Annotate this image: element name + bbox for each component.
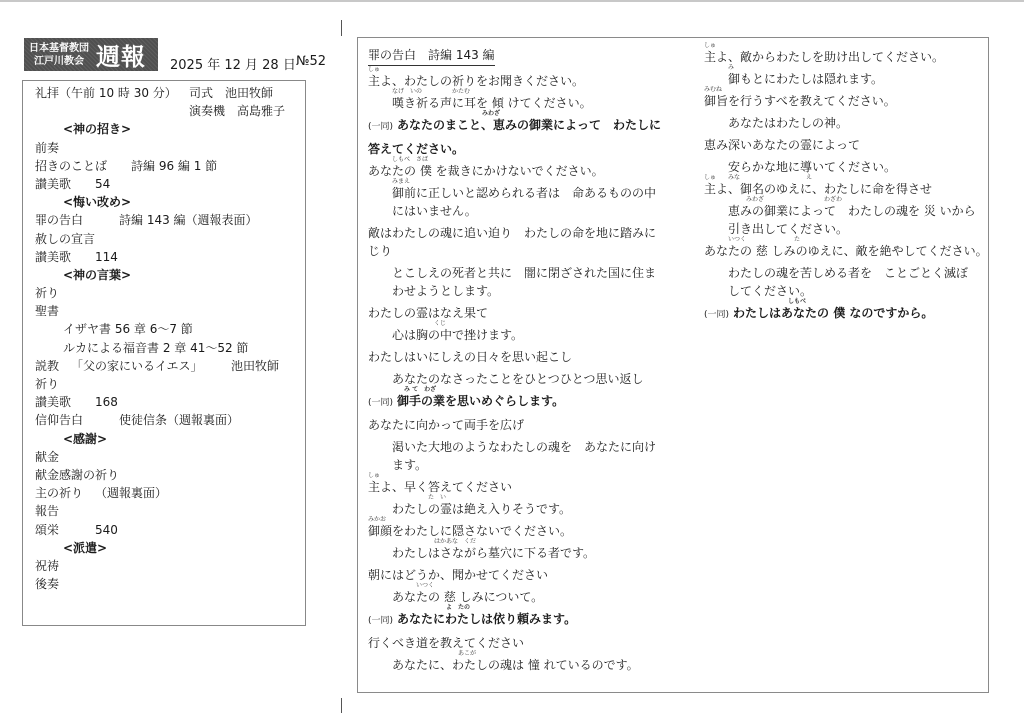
- order-section-heading: <神の招き>: [35, 120, 305, 138]
- order-item: 罪の告白詩編 143 編（週報表面）: [35, 211, 305, 229]
- order-item: 信仰告白使徒信条（週報裏面）: [35, 411, 305, 429]
- order-item-label: 献金: [35, 450, 59, 464]
- psalm-line-text: 主よ、敵からわたしを助け出してください。: [704, 50, 944, 64]
- response-marker: (一同): [704, 310, 729, 320]
- furigana: しもべ: [704, 298, 994, 306]
- psalm-line-text: 行くべき道を教えてください: [368, 636, 524, 650]
- furigana: [368, 342, 688, 350]
- psalm-line: み御もとにわたしは隠れます。: [704, 64, 994, 86]
- psalm-line-text: あなたに、わたしの魂は 憧 れているのです。: [392, 658, 639, 672]
- psalm-line-text: 御顔をわたしに隠さないでください。: [368, 524, 572, 538]
- order-item-label: イザヤ書 56 章 6～7 節: [63, 322, 193, 336]
- psalm-line: 渇いた大地のようなわたしの魂を あなたに向け: [368, 432, 688, 454]
- furigana: み: [728, 64, 994, 72]
- furigana: み て わざ: [368, 386, 688, 394]
- order-item-label: 祈り: [35, 286, 59, 300]
- center-fold-mark-top: [341, 20, 342, 36]
- order-item-detail: 「父の家にいるイエス」: [71, 357, 203, 375]
- psalm-line-text: あなたのまこと、恵みの御業によって わたしに: [397, 118, 661, 132]
- order-item-label: 招きのことば: [35, 159, 107, 173]
- psalm-line: わせようとします。: [368, 280, 688, 298]
- psalm-line-text: 答えてください。: [368, 142, 464, 156]
- order-item-label: 主の祈り: [35, 486, 83, 500]
- furigana: [704, 130, 994, 138]
- logo-title: 週報: [96, 37, 146, 72]
- psalm-line: 朝にはどうか、聞かせてください: [368, 560, 688, 582]
- psalm-line: はかあな くだわたしはさながら墓穴に下る者です。: [368, 538, 688, 560]
- center-fold-mark-bottom: [341, 698, 342, 713]
- order-item-label: 讃美歌: [35, 395, 71, 409]
- order-item: 主の祈り（週報裏面）: [35, 484, 305, 502]
- order-item: 報告: [35, 502, 305, 520]
- psalm-line: みまえ御前に正しいと認められる者は 命あるものの中: [368, 178, 688, 200]
- church-logo-banner: 日本基督教団 江戸川教会 週報: [24, 38, 158, 71]
- order-item-label: <派遣>: [63, 541, 107, 555]
- psalm-line-text: わたしの魂を苦しめる者を ことごとく滅ぼ: [728, 266, 968, 280]
- psalm-line: あなたはわたしの神。: [704, 108, 994, 130]
- psalm-line: わたしの魂を苦しめる者を ことごとく滅ぼ: [704, 258, 994, 280]
- furigana: くじ: [392, 320, 688, 328]
- furigana: [392, 432, 688, 440]
- order-item-detail: 114: [95, 248, 118, 266]
- order-item: 讃美歌168: [35, 393, 305, 411]
- order-item-label: 頌栄: [35, 523, 59, 537]
- order-item-detail: 使徒信条（週報裏面）: [119, 411, 239, 429]
- order-item: 赦しの宣言: [35, 230, 305, 248]
- psalm-line-text: 敵はわたしの魂に追い迫り わたしの命を地に踏みに: [368, 226, 656, 240]
- psalm-line-text: 朝にはどうか、聞かせてください: [368, 568, 548, 582]
- confession-column-right: しゅ主よ、敵からわたしを助け出してください。み御もとにわたしは隠れます。みむね御…: [704, 38, 994, 322]
- psalm-line-text: わたしの霊は絶え入りそうです。: [392, 502, 571, 516]
- order-item-label: 讃美歌: [35, 177, 71, 191]
- order-item-label: 祈り: [35, 377, 59, 391]
- organist-label: 演奏機 高島雅子: [189, 102, 285, 120]
- psalm-line-text: わせようとします。: [392, 284, 499, 298]
- order-item-label: 祝祷: [35, 559, 59, 573]
- furigana: [392, 258, 688, 266]
- psalm-line-text: わたしの霊はなえ果て: [368, 306, 488, 320]
- psalm-line-text: わたしはいにしえの日々を思い起こし: [368, 350, 572, 364]
- confession-lines-right: しゅ主よ、敵からわたしを助け出してください。み御もとにわたしは隠れます。みむね御…: [704, 42, 994, 322]
- psalm-line-text: 主よ、早く答えてください: [368, 480, 512, 494]
- presider-label: 司式 池田牧師: [189, 84, 273, 102]
- psalm-line: みわざ わざわ恵みの御業によって わたしの魂を 災 いから: [704, 196, 994, 218]
- furigana: はかあな くだ: [392, 538, 688, 546]
- psalm-line: みかお御顔をわたしに隠さないでください。: [368, 516, 688, 538]
- furigana: [368, 560, 688, 568]
- psalm-line: 恵み深いあなたの霊によって: [704, 130, 994, 152]
- order-item: 祈り: [35, 284, 305, 302]
- furigana: みむね: [704, 86, 994, 94]
- psalm-line-text: にはいません。: [392, 204, 477, 218]
- psalm-line: しゅ主よ、わたしの祈りをお聞きください。: [368, 66, 688, 88]
- psalm-line-text: わたしはあなたの 僕 なのですから。: [733, 306, 933, 320]
- furigana: なげ いの かたむ: [392, 88, 688, 96]
- psalm-line-text: 御手の業を思いめぐらします。: [397, 394, 564, 408]
- order-item-detail: 168: [95, 393, 118, 411]
- psalm-line: いつく たあなたの 慈 しみのゆえに、敵を絶やしてください。: [704, 236, 994, 258]
- psalm-line-text: 御前に正しいと認められる者は 命あるものの中: [392, 186, 656, 200]
- furigana: みまえ: [392, 178, 688, 186]
- psalm-line-text: してください。: [728, 284, 812, 298]
- congregation-response-line: み て わざ(一同)御手の業を思いめぐらします。: [368, 386, 688, 410]
- order-item: 聖書: [35, 302, 305, 320]
- furigana: [392, 364, 688, 372]
- response-marker: (一同): [368, 122, 393, 132]
- order-item-label: 赦しの宣言: [35, 232, 95, 246]
- order-item-detail: 540: [95, 521, 118, 539]
- psalm-line-text: 主よ、わたしの祈りをお聞きください。: [368, 74, 584, 88]
- furigana: しゅ みな え: [704, 174, 994, 182]
- furigana: しゅ: [704, 42, 994, 50]
- order-item-label: <神の招き>: [63, 122, 131, 136]
- psalm-line: わたしの霊はなえ果て: [368, 298, 688, 320]
- order-item: 献金感謝の祈り: [35, 466, 305, 484]
- order-section-heading: <感謝>: [35, 430, 305, 448]
- furigana: よ たの: [368, 604, 688, 612]
- order-item-label: 聖書: [35, 304, 59, 318]
- order-item-detail: 詩編 143 編（週報表面）: [119, 211, 258, 229]
- psalm-line: 答えてください。: [368, 134, 688, 156]
- psalm-line: あこがあなたに、わたしの魂は 憧 れているのです。: [368, 650, 688, 672]
- furigana: しゅ: [368, 66, 688, 74]
- psalm-line: にはいません。: [368, 200, 688, 218]
- psalm-line-text: あなたにわたしは依り頼みます。: [397, 612, 576, 626]
- order-item-label: <感謝>: [63, 432, 107, 446]
- confession-column-left: 罪の告白 詩編 143 編 しゅ主よ、わたしの祈りをお聞きください。なげ いの …: [368, 38, 688, 672]
- order-item-label: 罪の告白: [35, 213, 83, 227]
- issue-number: №52: [296, 54, 326, 69]
- worship-label: 礼拝（午前 10 時 30 分）: [35, 86, 177, 100]
- order-item-detail: （週報裏面）: [95, 484, 167, 502]
- order-item: イザヤ書 56 章 6～7 節: [35, 320, 305, 338]
- page-top-edge: [0, 0, 1024, 2]
- furigana: た い: [392, 494, 688, 502]
- furigana: みかお: [368, 516, 688, 524]
- psalm-line-text: 渇いた大地のようなわたしの魂を あなたに向け: [392, 440, 656, 454]
- psalm-line-text: とこしえの死者と共に 闇に閉ざされた国に住ま: [392, 266, 656, 280]
- psalm-line-text: あなたの 慈 しみのゆえに、敵を絶やしてください。: [704, 244, 988, 258]
- furigana: [728, 108, 994, 116]
- logo-denomination: 日本基督教団: [29, 42, 89, 55]
- order-of-service: 礼拝（午前 10 時 30 分） 司式 池田牧師 演奏機 高島雅子 <神の招き>…: [22, 80, 306, 626]
- confession-title: 罪の告白 詩編 143 編: [368, 46, 495, 66]
- order-item: 讃美歌54: [35, 175, 305, 193]
- psalm-line-text: ます。: [392, 458, 427, 472]
- order-item: 説教「父の家にいるイエス」池田牧師: [35, 357, 305, 375]
- logo-church-name: 江戸川教会: [34, 55, 84, 68]
- psalm-line: してください。: [704, 280, 994, 298]
- order-item-label: 前奏: [35, 141, 59, 155]
- order-item-detail: 54: [95, 175, 110, 193]
- order-items: <神の招き>前奏招きのことば詩編 96 編 1 節讃美歌54<悔い改め>罪の告白…: [35, 120, 305, 593]
- furigana: [392, 454, 688, 458]
- congregation-response-line: よ たの(一同)あなたにわたしは依り頼みます。: [368, 604, 688, 628]
- order-section-heading: <派遣>: [35, 539, 305, 557]
- furigana: [368, 134, 688, 142]
- psalm-line-text: 安らかな地に導いてください。: [728, 160, 896, 174]
- psalm-line: しもべ さばあなたの 僕 を裁きにかけないでください。: [368, 156, 688, 178]
- congregation-response-line: みわざ(一同)あなたのまこと、恵みの御業によって わたしに: [368, 110, 688, 134]
- bulletin-date: 2025 年 12 月 28 日: [170, 54, 296, 73]
- order-item: 讃美歌114: [35, 248, 305, 266]
- confession-reading-frame: 罪の告白 詩編 143 編 しゅ主よ、わたしの祈りをお聞きください。なげ いの …: [357, 37, 989, 693]
- psalm-line: 行くべき道を教えてください: [368, 628, 688, 650]
- furigana: しもべ さば: [368, 156, 688, 164]
- furigana: [728, 258, 994, 266]
- furigana: [368, 628, 688, 636]
- psalm-line-text: 恵みの御業によって わたしの魂を 災 いから: [728, 204, 976, 218]
- response-marker: (一同): [368, 616, 393, 626]
- order-item-label: 説教: [35, 359, 59, 373]
- furigana: [368, 240, 688, 244]
- furigana: [368, 410, 688, 418]
- order-item-label: 報告: [35, 504, 59, 518]
- psalm-line-text: 引き出してください。: [728, 222, 848, 236]
- psalm-line-text: わたしはさながら墓穴に下る者です。: [392, 546, 595, 560]
- psalm-line: 安らかな地に導いてください。: [704, 152, 994, 174]
- order-item-label: ルカによる福音書 2 章 41～52 節: [63, 341, 248, 355]
- psalm-line-text: あなたの 慈 しみについて。: [392, 590, 543, 604]
- furigana: みわざ わざわ: [728, 196, 994, 204]
- order-item: 献金: [35, 448, 305, 466]
- psalm-line: くじ心は胸の中で挫けます。: [368, 320, 688, 342]
- psalm-line: ます。: [368, 454, 688, 472]
- psalm-line-text: あなたに向かって両手を広げ: [368, 418, 524, 432]
- psalm-line-text: 心は胸の中で挫けます。: [392, 328, 523, 342]
- order-item-label: 献金感謝の祈り: [35, 468, 119, 482]
- psalm-line-text: あなたのなさったことをひとつひとつ思い返し: [392, 372, 644, 386]
- order-section-heading: <神の言葉>: [35, 266, 305, 284]
- furigana: [368, 218, 688, 226]
- psalm-line: 引き出してください。: [704, 218, 994, 236]
- psalm-line-text: じり: [368, 244, 392, 258]
- furigana: いつく た: [704, 236, 994, 244]
- psalm-line-text: あなたはわたしの神。: [728, 116, 848, 130]
- furigana: しゅ: [368, 472, 688, 480]
- psalm-line-text: 御旨を行うすべを教えてください。: [704, 94, 896, 108]
- order-item-label: <神の言葉>: [63, 268, 131, 282]
- order-item-label: 後奏: [35, 577, 59, 591]
- psalm-line: あなたのなさったことをひとつひとつ思い返し: [368, 364, 688, 386]
- psalm-line: しゅ主よ、敵からわたしを助け出してください。: [704, 42, 994, 64]
- order-item: 招きのことば詩編 96 編 1 節: [35, 157, 305, 175]
- order-item: 祈り: [35, 375, 305, 393]
- order-item: 祝祷: [35, 557, 305, 575]
- psalm-line-text: 恵み深いあなたの霊によって: [704, 138, 860, 152]
- order-item: 頌栄540: [35, 521, 305, 539]
- psalm-line-text: 嘆き祈る声に耳を 傾 けてください。: [392, 96, 592, 110]
- order-item-label: 信仰告白: [35, 413, 83, 427]
- furigana: みわざ: [368, 110, 688, 118]
- psalm-line: しゅ主よ、早く答えてください: [368, 472, 688, 494]
- furigana: [728, 152, 994, 160]
- furigana: [368, 298, 688, 306]
- psalm-line-text: 主よ、御名のゆえに、わたしに命を得させ: [704, 182, 932, 196]
- order-item: 後奏: [35, 575, 305, 593]
- order-item-label: 讃美歌: [35, 250, 71, 264]
- confession-lines-left: しゅ主よ、わたしの祈りをお聞きください。なげ いの かたむ嘆き祈る声に耳を 傾 …: [368, 66, 688, 672]
- psalm-line: とこしえの死者と共に 闇に閉ざされた国に住ま: [368, 258, 688, 280]
- order-section-heading: <悔い改め>: [35, 193, 305, 211]
- order-item-detail: 詩編 96 編 1 節: [131, 157, 217, 175]
- psalm-line: た いわたしの霊は絶え入りそうです。: [368, 494, 688, 516]
- order-item-detail-preacher: 池田牧師: [231, 357, 279, 375]
- order-item: 前奏: [35, 139, 305, 157]
- congregation-response-line: しもべ(一同)わたしはあなたの 僕 なのですから。: [704, 298, 994, 322]
- psalm-line: なげ いの かたむ嘆き祈る声に耳を 傾 けてください。: [368, 88, 688, 110]
- worship-time-row: 礼拝（午前 10 時 30 分） 司式 池田牧師: [35, 84, 305, 102]
- psalm-line-text: 御もとにわたしは隠れます。: [728, 72, 883, 86]
- response-marker: (一同): [368, 398, 393, 408]
- psalm-line: いつくあなたの 慈 しみについて。: [368, 582, 688, 604]
- furigana: あこが: [392, 650, 688, 658]
- order-item-label: <悔い改め>: [63, 195, 131, 209]
- furigana: いつく: [392, 582, 688, 590]
- psalm-line: みむね御旨を行うすべを教えてください。: [704, 86, 994, 108]
- psalm-line: しゅ みな え主よ、御名のゆえに、わたしに命を得させ: [704, 174, 994, 196]
- organist-row: 演奏機 高島雅子: [35, 102, 305, 120]
- psalm-line: じり: [368, 240, 688, 258]
- psalm-line-text: あなたの 僕 を裁きにかけないでください。: [368, 164, 604, 178]
- order-item: ルカによる福音書 2 章 41～52 節: [35, 339, 305, 357]
- psalm-line: あなたに向かって両手を広げ: [368, 410, 688, 432]
- psalm-line: 敵はわたしの魂に追い迫り わたしの命を地に踏みに: [368, 218, 688, 240]
- psalm-line: わたしはいにしえの日々を思い起こし: [368, 342, 688, 364]
